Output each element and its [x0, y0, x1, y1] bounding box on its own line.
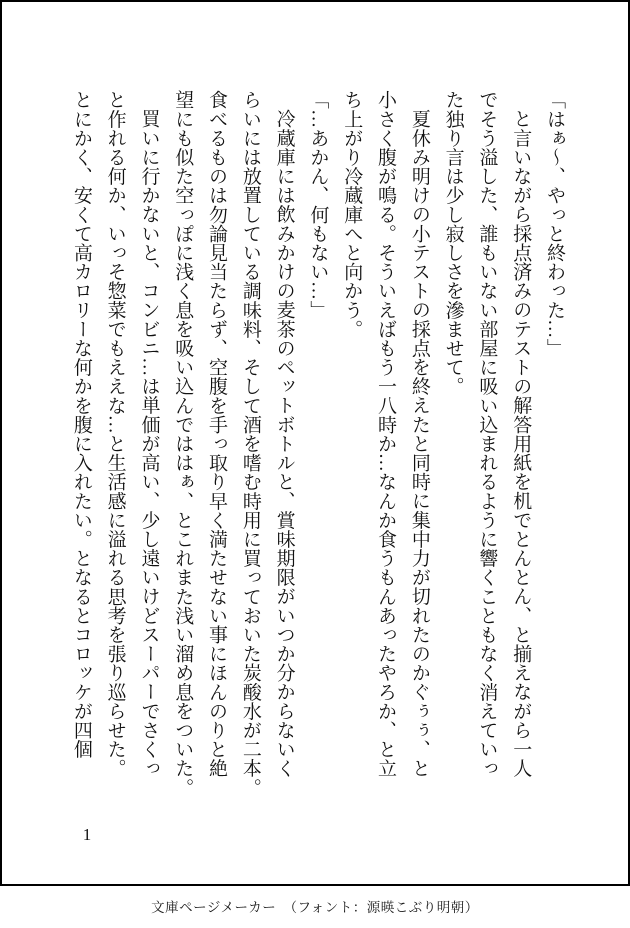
text-line: 食べるものは勿論見当たらず、空腹を手っ取り早く満たせない事にほんのりと絶: [199, 90, 233, 782]
text-line: 冷蔵庫には飲みかけの麦茶のペットボトルと、賞味期限がいつか分からないく: [267, 90, 301, 782]
text-line: と言いながら採点済みのテストの解答用紙を机でとんとん、と揃えながら一人: [503, 90, 537, 782]
page-frame: 「はぁ～、やっと終わった…」 と言いながら採点済みのテストの解答用紙を机でとんと…: [0, 0, 630, 886]
text-line: らいには放置している調味料、そして酒を嗜む時用に買っておいた炭酸水が二本。: [233, 90, 267, 782]
text-line: 「…あかん、何もない…」: [301, 90, 335, 782]
vertical-text-block: 「はぁ～、やっと終わった…」 と言いながら採点済みのテストの解答用紙を机でとんと…: [64, 90, 571, 782]
text-line: 買いに行かないと、コンビニ…は単価が高い、少し遠いけどスーパーでさくっ: [132, 90, 166, 782]
text-line: た独り言は少し寂しさを滲ませて。: [436, 90, 470, 782]
text-line: 小さく腹が鳴る。そういえばもう一八時か…なんか食うもんあったやろか、と立: [368, 90, 402, 782]
text-line: 夏休み明けの小テストの採点を終えたと同時に集中力が切れたのかぐぅぅ、と: [402, 90, 436, 782]
text-line: と作れる何か、いっそ惣菜でもええな…と生活感に溢れる思考を張り巡らせた。: [98, 90, 132, 782]
page-number: 1: [76, 825, 98, 845]
text-line: 「はぁ～、やっと終わった…」: [537, 90, 571, 782]
text-line: とにかく、安くて高カロリーな何かを腹に入れたい。となるとコロッケが四個: [64, 90, 98, 782]
text-line: 望にも似た空っぽに浅く息を吸い込んでははぁ、とこれまた浅い溜め息をついた。: [165, 90, 199, 782]
text-line: でそう溢した、誰もいない部屋に吸い込まれるように響くこともなく消えていっ: [470, 90, 504, 782]
text-line: ち上がり冷蔵庫へと向かう。: [334, 90, 368, 782]
footer-caption: 文庫ページメーカー （フォント：源暎こぶり明朝）: [0, 896, 630, 916]
bunko-page-image: 「はぁ～、やっと終わった…」 と言いながら採点済みのテストの解答用紙を机でとんと…: [0, 0, 630, 928]
